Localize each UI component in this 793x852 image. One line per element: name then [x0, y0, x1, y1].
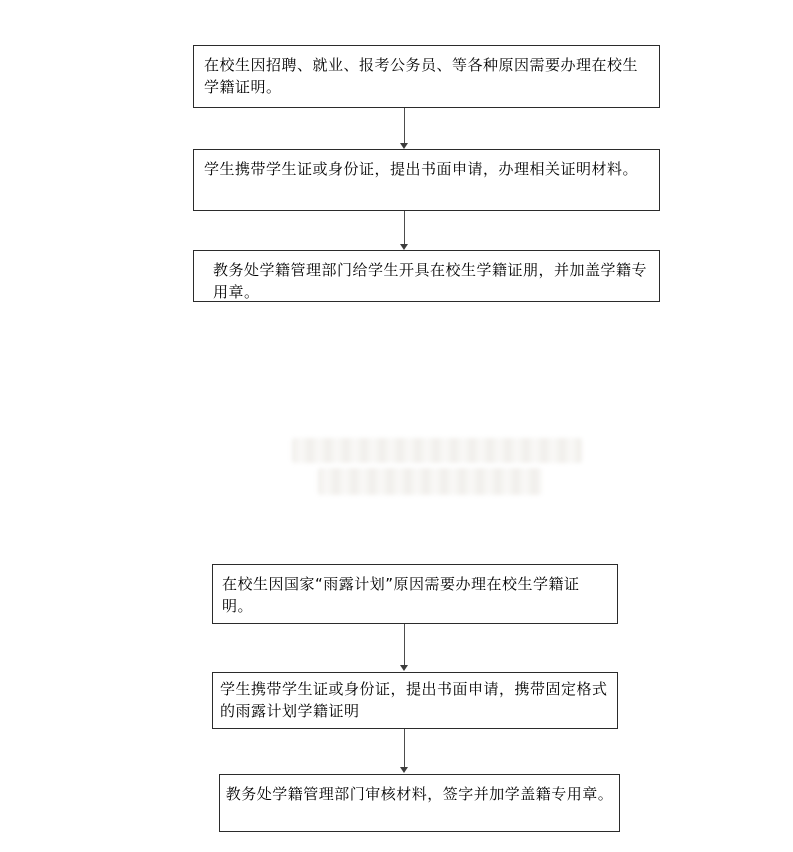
arrow-line — [404, 624, 405, 665]
flow-arrow-down — [400, 729, 409, 773]
arrow-head-icon — [400, 767, 408, 773]
watermark-smudge — [318, 468, 542, 495]
flowchart-page: 在校生因招聘、就业、报考公务员、等各种原因需要办理在校生学籍证明。 学生携带学生… — [0, 0, 793, 852]
flow-step-need-certificate: 在校生因招聘、就业、报考公务员、等各种原因需要办理在校生学籍证明。 — [193, 45, 660, 108]
flow-arrow-down — [400, 108, 409, 149]
arrow-head-icon — [400, 665, 408, 671]
arrow-line — [404, 729, 405, 767]
flow-step-yulu-need-certificate: 在校生因国家“雨露计划”原因需要办理在校生学籍证明。 — [212, 564, 618, 624]
arrow-line — [404, 108, 405, 143]
flow-step-student-apply: 学生携带学生证或身份证，提出书面申请，办理相关证明材料。 — [193, 149, 660, 211]
flow-step-office-issue-seal: 教务处学籍管理部门给学生开具在校生学籍证朋，并加盖学籍专用章。 — [193, 250, 660, 302]
flow-arrow-down — [400, 624, 409, 671]
flow-step-yulu-student-apply: 学生携带学生证或身份证，提出书面申请，携带固定格式的雨露计划学籍证明 — [212, 672, 618, 729]
flow-step-yulu-office-review-seal: 教务处学籍管理部门审核材料，签字并加学盖籍专用章。 — [219, 774, 620, 832]
arrow-line — [404, 211, 405, 244]
flow-arrow-down — [400, 211, 409, 250]
watermark-smudge — [292, 438, 582, 463]
